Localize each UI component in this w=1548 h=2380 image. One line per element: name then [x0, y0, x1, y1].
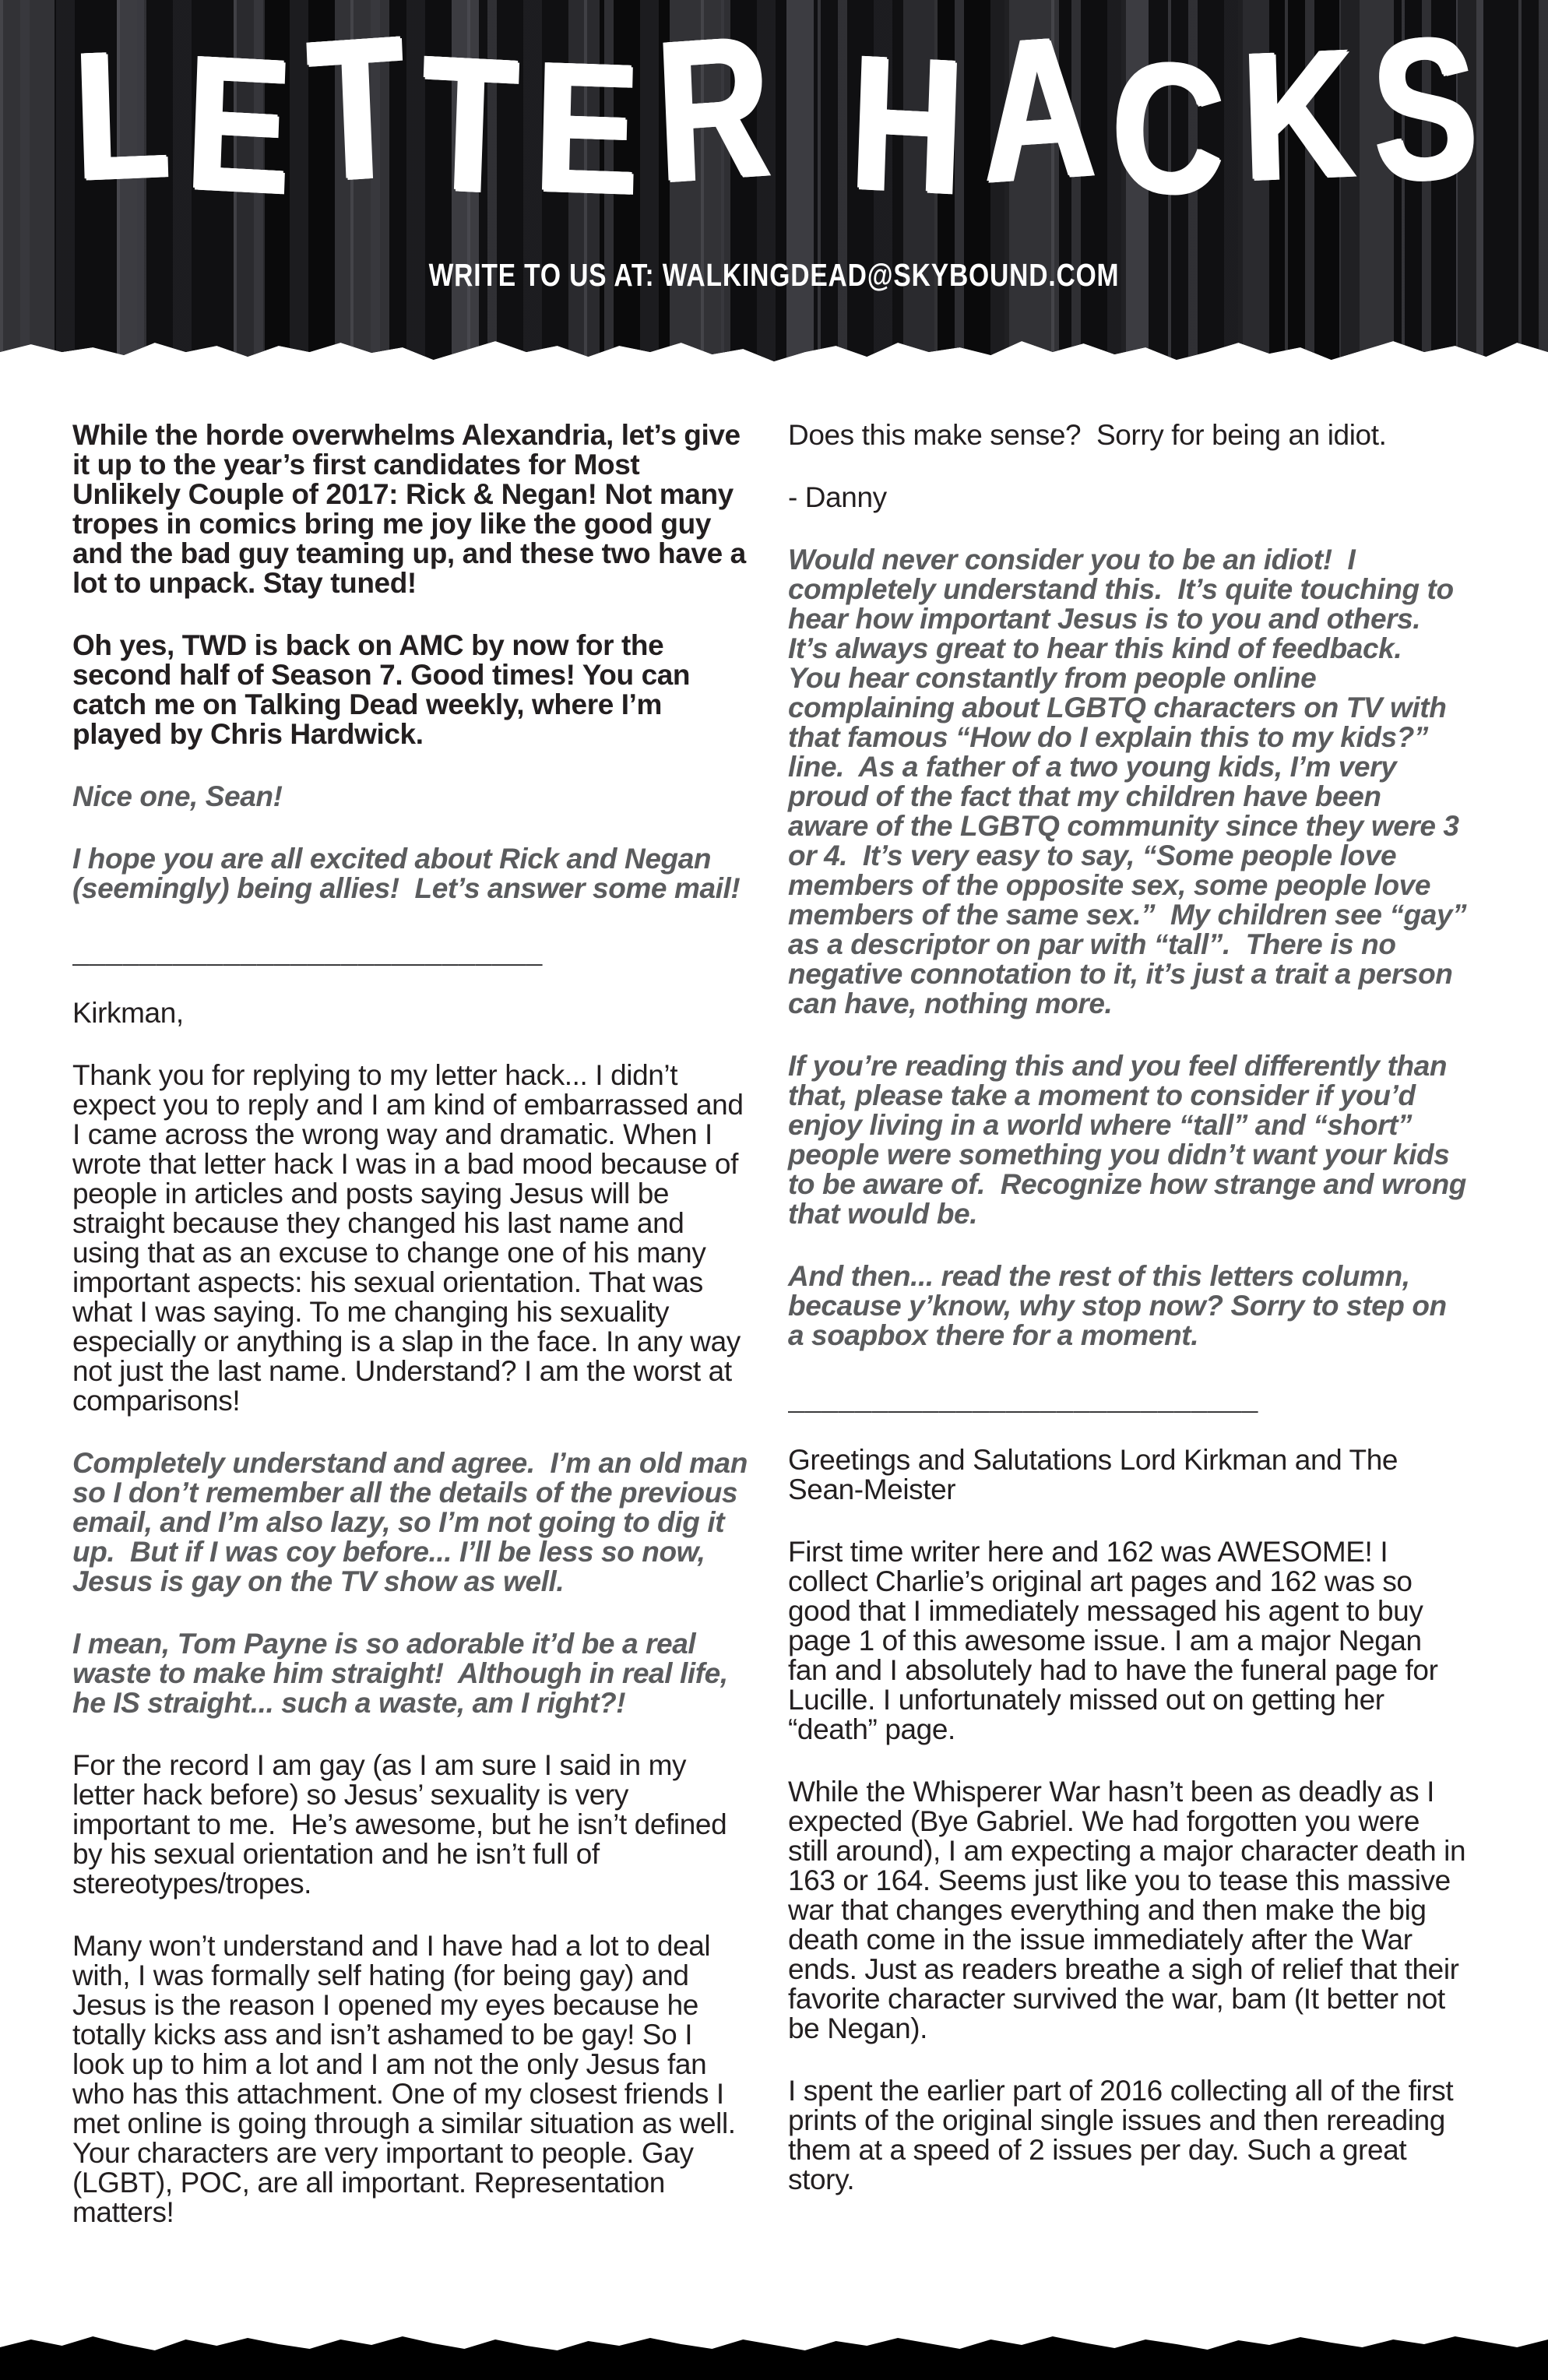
editor-reply-paragraph: Would never consider you to be an idiot!…: [788, 545, 1467, 1019]
letter-paragraph: Many won’t understand and I have had a l…: [72, 1931, 751, 2227]
write-to-us-subtitle: WRITE TO US AT: WALKINGDEAD@SKYBOUND.COM: [139, 257, 1409, 294]
title-letter: K: [1240, 21, 1356, 207]
letter-signature: - Danny: [788, 483, 1467, 512]
letter-divider: ____________________________: [788, 1383, 1467, 1413]
letter-paragraph: Thank you for replying to my letter hack…: [72, 1061, 751, 1416]
letter-divider: ____________________________: [72, 936, 751, 966]
title-letter: H: [848, 26, 966, 223]
page-title: LETTER HACKS: [74, 37, 1476, 192]
title-letter: E: [184, 26, 293, 222]
letters-columns: While the horde overwhelms Alexandria, l…: [72, 421, 1476, 2260]
letter-paragraph: First time writer here and 162 was AWESO…: [788, 1537, 1467, 1745]
right-column: Does this make sense? Sorry for being an…: [788, 421, 1467, 2260]
title-letter: [785, 23, 836, 206]
editor-reply-paragraph: Nice one, Sean!: [72, 782, 751, 812]
bottom-torn-strip: [0, 2330, 1548, 2380]
editor-reply-paragraph: Completely understand and agree. I’m an …: [72, 1449, 751, 1597]
editor-intro-paragraph: Oh yes, TWD is back on AMC by now for th…: [72, 631, 751, 749]
letter-paragraph: While the Whisperer War hasn’t been as d…: [788, 1777, 1467, 2044]
editor-intro-paragraph: While the horde overwhelms Alexandria, l…: [72, 421, 751, 598]
title-letter: A: [977, 5, 1096, 213]
editor-reply-paragraph: And then... read the rest of this letter…: [788, 1262, 1467, 1350]
letter-salutation: Greetings and Salutations Lord Kirkman a…: [788, 1445, 1467, 1505]
title-letter: S: [1368, 5, 1479, 212]
letter-paragraph: Does this make sense? Sorry for being an…: [788, 421, 1467, 450]
title-letter: R: [653, 5, 772, 213]
title-letter: T: [419, 26, 519, 223]
page-header: LETTER HACKS WRITE TO US AT: WALKINGDEAD…: [0, 0, 1548, 372]
letter-paragraph: I spent the earlier part of 2016 collect…: [788, 2076, 1467, 2195]
editor-reply-paragraph: I mean, Tom Payne is so adorable it’d be…: [72, 1629, 751, 1718]
title-letter: E: [533, 33, 640, 222]
title-letter: C: [1110, 33, 1225, 222]
letter-paragraph: For the record I am gay (as I am sure I …: [72, 1751, 751, 1899]
title-letter: L: [72, 22, 171, 207]
letters-page: LETTER HACKS WRITE TO US AT: WALKINGDEAD…: [0, 0, 1548, 2380]
left-column: While the horde overwhelms Alexandria, l…: [72, 421, 751, 2260]
editor-reply-paragraph: If you’re reading this and you feel diff…: [788, 1051, 1467, 1229]
letter-salutation: Kirkman,: [72, 998, 751, 1028]
title-letter: T: [304, 5, 406, 212]
editor-reply-paragraph: I hope you are all excited about Rick an…: [72, 844, 751, 903]
